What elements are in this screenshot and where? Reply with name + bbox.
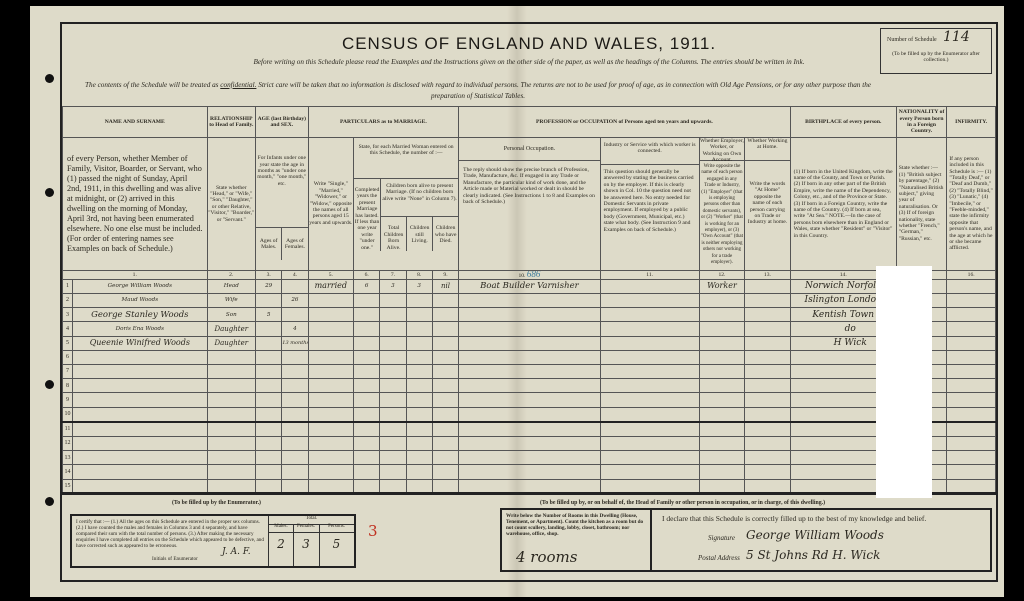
children-living — [406, 294, 432, 308]
col-number: 16. — [947, 270, 996, 279]
employment-status: Worker — [699, 279, 744, 293]
employer-label: Whether Employer, Worker, or Working on … — [700, 138, 744, 161]
table-row-empty: 13 — [63, 451, 996, 465]
census-table: NAME AND SURNAME RELATIONSHIP to Head of… — [62, 106, 996, 495]
instr-children-died: Children who have Died. — [433, 217, 458, 251]
redacted-area — [876, 266, 932, 498]
form-subtitle: Before writing on this Schedule please r… — [62, 58, 996, 66]
children-died — [432, 308, 458, 322]
enumerator-certification: I certify that :— (1.) All the ages on t… — [76, 519, 264, 549]
schedule-number-value: 114 — [943, 29, 970, 45]
col-number: 1. — [63, 270, 208, 279]
totals-box: Total. Males.2 Females.3 Persons.5 — [268, 516, 354, 566]
col-header-nationality: NATIONALITY of every Person born in a Fo… — [896, 107, 947, 138]
infirmity — [947, 279, 996, 293]
table-row: 5 Queenie Winifred Woods Daughter 13 mon… — [63, 336, 996, 350]
relationship: Daughter — [207, 322, 256, 336]
col-header-relationship: RELATIONSHIP to Head of Family. — [207, 107, 256, 138]
person-name: Doris Ena Woods — [73, 322, 207, 336]
row-number: 4 — [63, 322, 73, 336]
children-living — [406, 308, 432, 322]
instr-relationship: State whether "Head," or "Wife," "Son," … — [207, 138, 256, 271]
age-female: 4 — [282, 322, 308, 336]
working-at-home — [745, 308, 791, 322]
employment-status — [699, 336, 744, 350]
col-number: 8. — [406, 270, 432, 279]
col-header-infirmity: INFIRMITY. — [947, 107, 996, 138]
row-number: 6 — [63, 350, 73, 364]
age-female — [282, 308, 308, 322]
personal-occupation-label: Personal Occupation. — [459, 138, 599, 161]
col-number: 3. — [256, 270, 282, 279]
industry — [600, 336, 699, 350]
person-name: George Stanley Woods — [73, 308, 207, 322]
signature-value: George William Woods — [746, 528, 884, 542]
relationship: Wife — [207, 294, 256, 308]
punch-hole — [45, 74, 54, 83]
infirmity — [947, 336, 996, 350]
occupation — [459, 322, 600, 336]
row-number: 12 — [63, 436, 73, 450]
row-number: 9 — [63, 393, 73, 407]
notice-text: Strict care will be taken that no inform… — [256, 81, 871, 100]
row-number: 14 — [63, 465, 73, 479]
marriage-years — [354, 322, 380, 336]
instr-employer: Whether Employer, Worker, or Working on … — [699, 138, 744, 271]
children-born — [380, 308, 406, 322]
children-living — [406, 322, 432, 336]
industry-label: Industry or Service with which worker is… — [601, 138, 699, 165]
instr-age: For Infants under one year state the age… — [256, 138, 309, 271]
infirmity — [947, 308, 996, 322]
col-header-occupation: PROFESSION or OCCUPATION of Persons aged… — [459, 107, 791, 138]
children-living: 3 — [406, 279, 432, 293]
marriage-years — [354, 308, 380, 322]
occupation — [459, 294, 600, 308]
working-at-home — [745, 279, 791, 293]
instr-children-living: Children still Living. — [407, 217, 433, 251]
table-row-empty: 14 — [63, 465, 996, 479]
instr-total-children: Total Children Born Alive. — [381, 217, 407, 251]
enumerator-box: I certify that :— (1.) All the ages on t… — [70, 514, 356, 568]
signature-label: Signature — [708, 534, 735, 542]
employment-status — [699, 322, 744, 336]
initials-label: Initials of Enumerator — [152, 556, 198, 562]
females-label: Females. — [293, 524, 319, 533]
age-female: 26 — [282, 294, 308, 308]
address-label: Postal Address — [698, 554, 740, 562]
address-value: 5 St Johns Rd H. Wick — [746, 548, 880, 562]
instr-completed-years: Completed years the present Marriage has… — [354, 179, 381, 251]
col-header-age: AGE (last Birthday) and SEX. — [256, 107, 309, 138]
notice-text: The contents of the Schedule will be tre… — [85, 81, 220, 89]
employment-status — [699, 294, 744, 308]
working-at-home — [745, 294, 791, 308]
persons-label: Persons. — [319, 524, 354, 533]
total-persons: Persons.5 — [319, 524, 354, 566]
table-row: 1 George William Woods Head 29 married 6… — [63, 279, 996, 293]
instr-state-each: State, for each Married Woman entered on… — [354, 138, 458, 179]
age-female: 13 months — [282, 336, 308, 350]
females-count: 3 — [293, 533, 319, 547]
occupation: Boat Builder Varnisher — [459, 279, 600, 293]
instr-name: of every Person, whether Member of Famil… — [63, 138, 208, 271]
footer-section: (To be filled up by the Enumerator.) I c… — [62, 492, 996, 582]
home-instr: Write the words "At Home" opposite the n… — [745, 161, 790, 246]
working-at-home — [745, 322, 791, 336]
relationship: Head — [207, 279, 256, 293]
schedule-number-note: (To be filled up by the Enumerator after… — [883, 51, 989, 63]
children-born — [380, 322, 406, 336]
age-males-label: Ages of Males. — [256, 228, 282, 260]
males-count: 2 — [269, 533, 293, 547]
personal-occupation-instr: The reply should show the precise branch… — [459, 161, 599, 211]
col-header-name: NAME AND SURNAME — [63, 107, 208, 138]
industry — [600, 308, 699, 322]
instr-infirmity: If any person included in this Schedule … — [947, 138, 996, 271]
punch-hole — [45, 380, 54, 389]
industry — [600, 279, 699, 293]
census-form: CENSUS OF ENGLAND AND WALES, 1911. Befor… — [60, 22, 998, 582]
col-number-text: 10. — [518, 273, 525, 279]
children-born — [380, 336, 406, 350]
rooms-box: Write below the Number of Rooms in this … — [500, 508, 652, 572]
col-number: 13. — [745, 270, 791, 279]
red-annotation: 3 — [368, 522, 378, 540]
total-females: Females.3 — [293, 524, 320, 566]
age-male — [256, 336, 282, 350]
row-number: 5 — [63, 336, 73, 350]
rooms-instructions: Write below the Number of Rooms in this … — [506, 513, 646, 537]
instr-nationality: State whether :— (1) "British subject by… — [896, 138, 947, 271]
age-male: 29 — [256, 279, 282, 293]
col-number: 11. — [600, 270, 699, 279]
declaration-box: I declare that this Schedule is correctl… — [650, 508, 992, 572]
persons-count: 5 — [319, 533, 354, 547]
declaration-text: I declare that this Schedule is correctl… — [662, 514, 926, 523]
males-label: Males. — [269, 524, 293, 533]
rooms-value: 4 rooms — [516, 548, 577, 566]
occupation-code-annotation: 686 — [527, 270, 541, 279]
table-row-empty: 8 — [63, 379, 996, 393]
children-living — [406, 336, 432, 350]
col-number: 9. — [432, 270, 458, 279]
col-header-marriage: PARTICULARS as to MARRIAGE. — [308, 107, 459, 138]
infirmity — [947, 294, 996, 308]
children-died — [432, 322, 458, 336]
col-number: 6. — [354, 270, 380, 279]
marriage-years — [354, 294, 380, 308]
col-number: 7. — [380, 270, 406, 279]
age-male — [256, 294, 282, 308]
industry — [600, 294, 699, 308]
relationship: Daughter — [207, 336, 256, 350]
marital-condition — [308, 336, 353, 350]
table-row: 4 Doris Ena Woods Daughter 4 do — [63, 322, 996, 336]
age-male — [256, 322, 282, 336]
person-name: Maud Woods — [73, 294, 207, 308]
row-number: 1 — [63, 279, 73, 293]
occupation — [459, 308, 600, 322]
form-title: CENSUS OF ENGLAND AND WALES, 1911. — [62, 34, 996, 54]
col-number: 12. — [699, 270, 744, 279]
total-males: Males.2 — [269, 524, 294, 566]
confidential-notice: The contents of the Schedule will be tre… — [70, 80, 886, 102]
children-died — [432, 336, 458, 350]
marital-condition: married — [308, 279, 353, 293]
schedule-number-box: Number of Schedule 114 (To be filled up … — [880, 28, 992, 74]
industry — [600, 322, 699, 336]
table-row-empty: 10 — [63, 407, 996, 422]
row-number: 7 — [63, 365, 73, 379]
instr-home: Whether Working at Home.Write the words … — [745, 138, 791, 271]
enumerator-section-title: (To be filled up by the Enumerator.) — [172, 500, 261, 506]
industry-instr: This question should generally be answer… — [601, 165, 699, 237]
row-number: 8 — [63, 379, 73, 393]
marriage-years — [354, 336, 380, 350]
children-born: 3 — [380, 279, 406, 293]
col-number: 10. 686 — [459, 270, 600, 279]
row-number: 11 — [63, 422, 73, 437]
table-row: 2 Maud Woods Wife 26 Islington London — [63, 294, 996, 308]
table-row-empty: 7 — [63, 365, 996, 379]
relationship: Son — [207, 308, 256, 322]
employer-instr: Write opposite the name of each person e… — [700, 161, 744, 270]
confidential-word: confidential. — [220, 81, 256, 89]
col-number: 4. — [282, 270, 308, 279]
row-number: 13 — [63, 451, 73, 465]
table-row-empty: 12 — [63, 436, 996, 450]
instr-personal-occupation: Personal Occupation.The reply should sho… — [459, 138, 600, 271]
row-number: 2 — [63, 294, 73, 308]
schedule-number-label: Number of Schedule — [887, 37, 937, 43]
marital-condition — [308, 322, 353, 336]
row-number: 10 — [63, 407, 73, 422]
col-number: 5. — [308, 270, 353, 279]
person-name: George William Woods — [73, 279, 207, 293]
instr-industry: Industry or Service with which worker is… — [600, 138, 699, 271]
children-died: nil — [432, 279, 458, 293]
age-females-label: Ages of Females. — [282, 238, 307, 251]
home-label: Whether Working at Home. — [745, 138, 790, 161]
row-number: 3 — [63, 308, 73, 322]
punch-hole — [45, 497, 54, 506]
occupation — [459, 336, 600, 350]
instr-birthplace: (1) If born in the United Kingdom, write… — [790, 138, 896, 271]
punch-hole — [45, 188, 54, 197]
age-male: 5 — [256, 308, 282, 322]
age-female — [282, 279, 308, 293]
infirmity — [947, 322, 996, 336]
person-name: Queenie Winifred Woods — [73, 336, 207, 350]
instr-marriage-condition: Write "Single," "Married," "Widower," or… — [308, 138, 353, 271]
head-section-title: (To be filled up by, or on behalf of, th… — [540, 500, 825, 506]
table-row: 3 George Stanley Woods Son 5 Kentish Tow… — [63, 308, 996, 322]
table-row-empty: 6 — [63, 350, 996, 364]
marital-condition — [308, 294, 353, 308]
marital-condition — [308, 308, 353, 322]
instr-age-text: For Infants under one year state the age… — [256, 147, 308, 227]
marriage-years: 6 — [354, 279, 380, 293]
employment-status — [699, 308, 744, 322]
instr-married-woman: State, for each Married Woman entered on… — [354, 138, 459, 271]
children-born — [380, 294, 406, 308]
col-header-birthplace: BIRTHPLACE of every person. — [790, 107, 896, 138]
working-at-home — [745, 336, 791, 350]
instr-children-born: Children born alive to present Marriage.… — [381, 179, 458, 217]
enumerator-initials: J. A. F. — [222, 549, 251, 555]
children-died — [432, 294, 458, 308]
table-row-empty: 9 — [63, 393, 996, 407]
table-row-empty: 11 — [63, 422, 996, 437]
col-number: 2. — [207, 270, 256, 279]
